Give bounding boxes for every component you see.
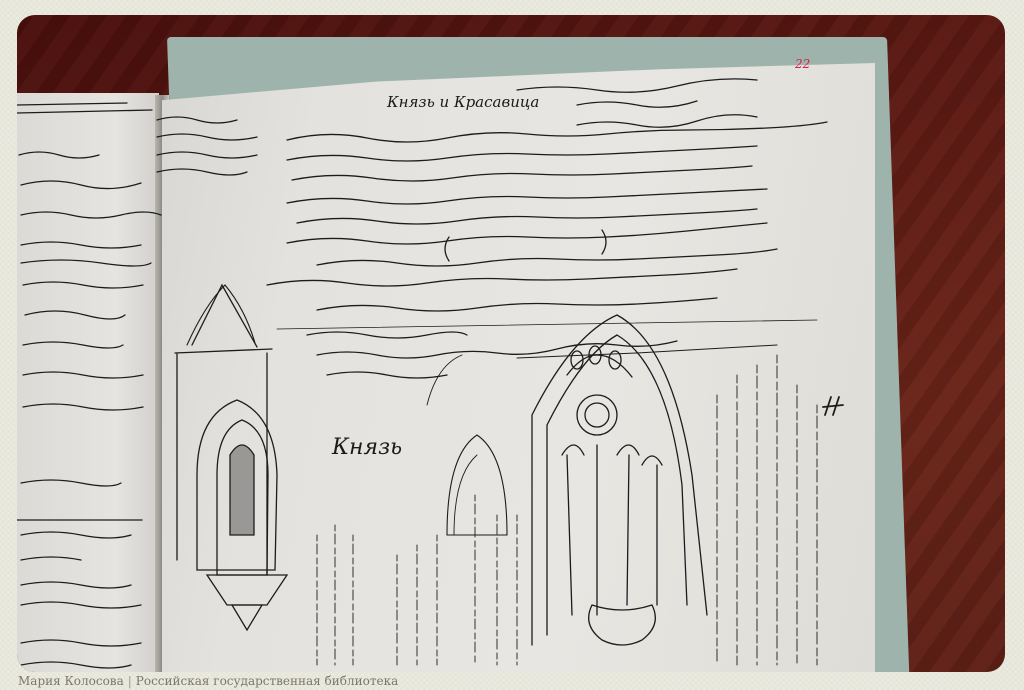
sketch-label: Князь: [332, 435, 402, 460]
caption-source: Российская государственная библиотека: [136, 674, 398, 688]
manuscript-heading: Князь и Красавица: [387, 93, 539, 111]
handwriting-and-sketches: [17, 15, 1005, 672]
caption-separator: |: [128, 674, 132, 688]
caption-author: Мария Колосова: [18, 674, 124, 688]
page-number: 22: [795, 57, 810, 71]
manuscript-photo: Князь и Красавица Князь 22: [17, 15, 1005, 672]
photo-caption: Мария Колосова|Российская государственна…: [18, 674, 398, 688]
